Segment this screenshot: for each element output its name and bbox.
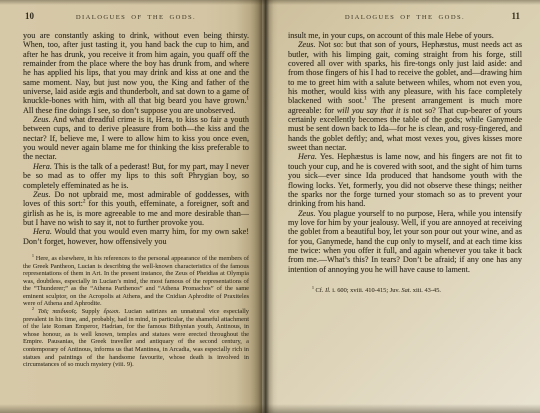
- running-title-right: DIALOGUES OF THE GODS.: [288, 11, 522, 21]
- paragraph: 2 Τοῖς παιδικοῖς. Supply ἔρωσι. Lucian s…: [23, 308, 249, 369]
- left-page-content: 10 DIALOGUES OF THE GODS. you are consta…: [0, 0, 262, 413]
- right-page-body: insult me, in your cups, on account of t…: [288, 31, 522, 274]
- left-page-header: 10 DIALOGUES OF THE GODS.: [23, 11, 249, 24]
- left-page-number: 10: [25, 11, 34, 21]
- paragraph: 1 Here, as elsewhere, in his references …: [23, 255, 249, 308]
- paragraph: Zeus. And what dreadful crime is it, Her…: [23, 115, 249, 162]
- paragraph: Zeus. Not so: but that son of yours, Hep…: [288, 40, 522, 152]
- running-title-left: DIALOGUES OF THE GODS.: [23, 11, 249, 21]
- right-page: DIALOGUES OF THE GODS. 11 insult me, in …: [262, 0, 540, 413]
- left-page-body: you are constantly asking to drink, with…: [23, 31, 249, 246]
- paragraph: Hera. This is the talk of a pederast! Bu…: [23, 162, 249, 190]
- right-page-footnotes: 1 Cf. Il. i. 600; xviii. 410-415; Juv. S…: [288, 287, 522, 295]
- book-spread-scan: 10 DIALOGUES OF THE GODS. you are consta…: [0, 0, 540, 413]
- right-page-number: 11: [511, 11, 520, 21]
- right-page-header: DIALOGUES OF THE GODS. 11: [288, 11, 522, 24]
- paragraph: insult me, in your cups, on account of t…: [288, 31, 522, 40]
- left-page: 10 DIALOGUES OF THE GODS. you are consta…: [0, 0, 262, 413]
- left-page-footnotes: 1 Here, as elsewhere, in his references …: [23, 255, 249, 369]
- paragraph: Hera. Would that you would even marry hi…: [23, 227, 249, 246]
- footnote-marker: 1: [247, 97, 249, 102]
- paragraph: you are constantly asking to drink, with…: [23, 31, 249, 115]
- paragraph: Zeus. You plague yourself to no purpose,…: [288, 209, 522, 274]
- right-page-content: DIALOGUES OF THE GODS. 11 insult me, in …: [262, 0, 540, 413]
- paragraph: Zeus. Do not upbraid me, most admirable …: [23, 190, 249, 227]
- paragraph: 1 Cf. Il. i. 600; xviii. 410-415; Juv. S…: [288, 287, 522, 295]
- paragraph: Hera. Yes. Hephæstus is lame now, and hi…: [288, 152, 522, 208]
